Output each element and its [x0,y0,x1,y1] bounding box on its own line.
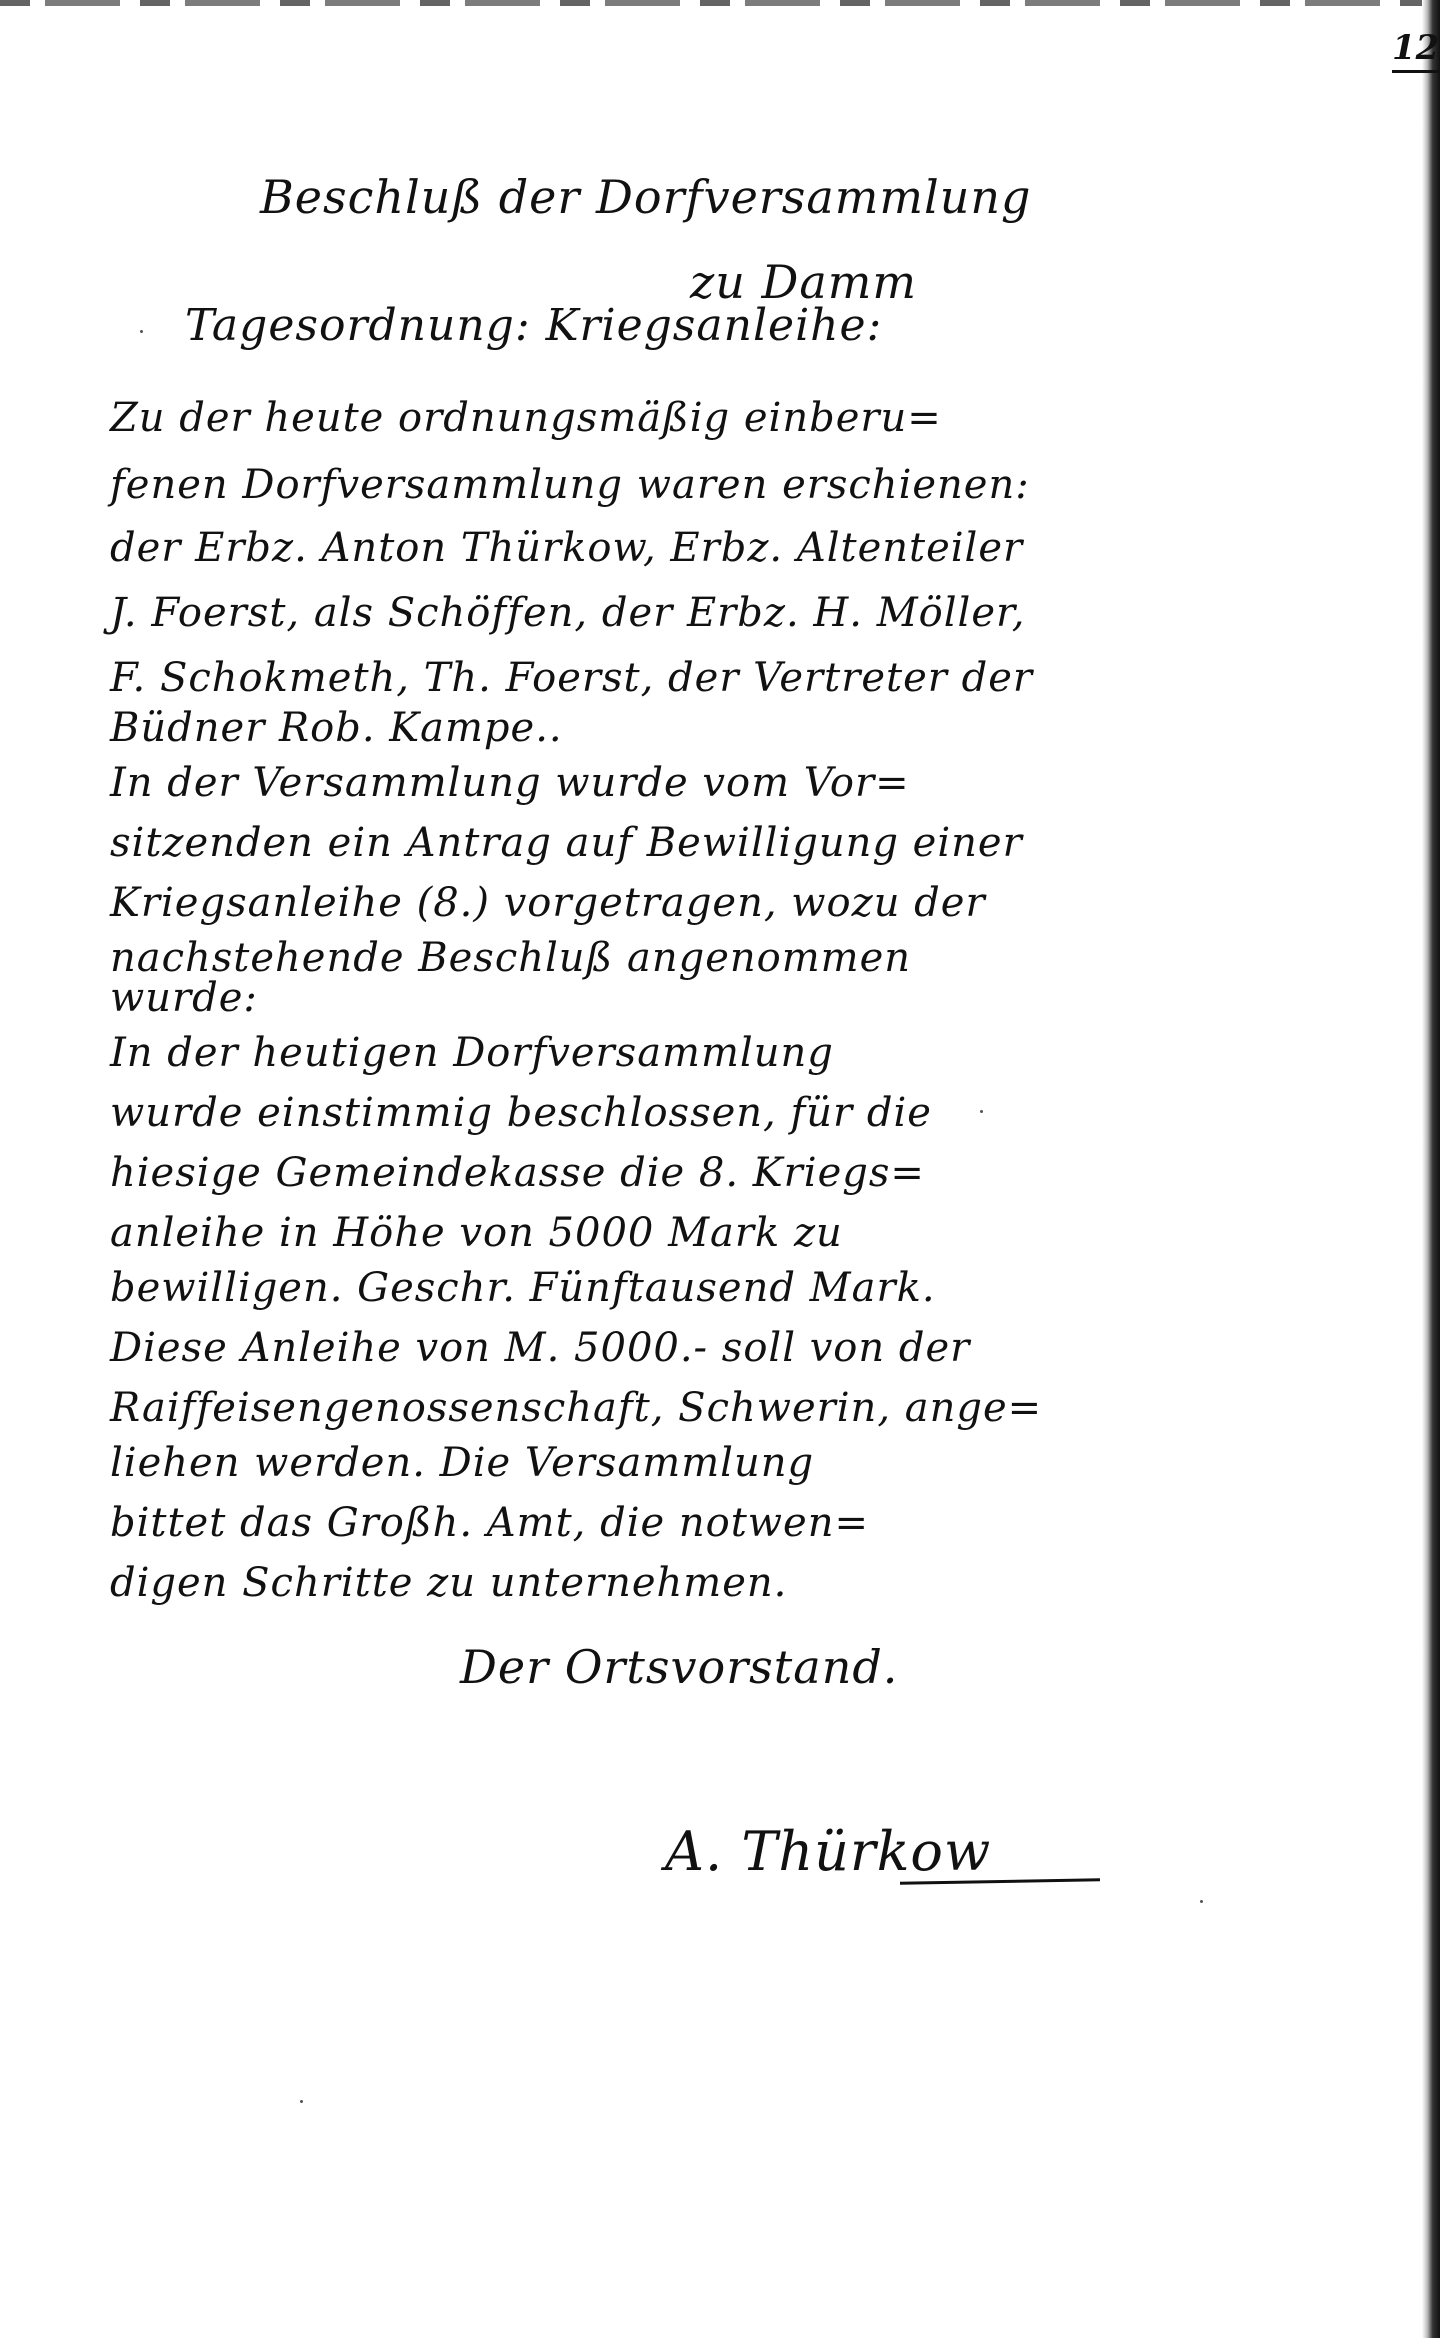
body-line: liehen werden. Die Versammlung [110,1440,814,1486]
page-binding-edge [1422,0,1440,2338]
paper-speck [300,2100,303,2103]
body-line: Büdner Rob. Kampe.. [110,705,563,751]
body-line: anleihe in Höhe von 5000 Mark zu [110,1210,843,1256]
body-line: bewilligen. Geschr. Fünftausend Mark. [110,1265,936,1311]
body-line: hiesige Gemeindekasse die 8. Kriegs= [110,1150,925,1196]
document-title: Beschluß der Dorfversammlung [260,170,1031,224]
body-line: F. Schokmeth, Th. Foerst, der Vertreter … [110,655,1033,701]
body-line: digen Schritte zu unternehmen. [110,1560,787,1606]
paper-speck [140,330,143,333]
page-top-edge [0,0,1440,6]
body-line: Zu der heute ordnungsmäßig einberu= [110,395,942,441]
body-line: J. Foerst, als Schöffen, der Erbz. H. Mö… [110,590,1025,636]
page-number: 127 [1392,28,1440,73]
body-line: wurde: [110,975,258,1021]
signature: A. Thürkow [665,1820,991,1883]
body-line: In der Versammlung wurde vom Vor= [110,760,910,806]
body-line: sitzenden ein Antrag auf Bewilligung ein… [110,820,1023,866]
closing-line: Der Ortsvorstand. [460,1640,898,1694]
paper-speck [980,1110,983,1113]
body-line: der Erbz. Anton Thürkow, Erbz. Altenteil… [110,525,1023,571]
body-line: In der heutigen Dorfversammlung [110,1030,834,1076]
body-line: Raiffeisengenossenschaft, Schwerin, ange… [110,1385,1042,1431]
body-line: fenen Dorfversammlung waren erschienen: [110,462,1030,508]
agenda-line: Tagesordnung: Kriegsanleihe: [185,300,882,351]
paper-speck [1200,1900,1203,1903]
body-line: bittet das Großh. Amt, die notwen= [110,1500,869,1546]
body-line: Diese Anleihe von M. 5000.- soll von der [110,1325,970,1371]
body-line: wurde einstimmig beschlossen, für die [110,1090,932,1136]
body-line: Kriegsanleihe (8.) vorgetragen, wozu der [110,880,986,926]
